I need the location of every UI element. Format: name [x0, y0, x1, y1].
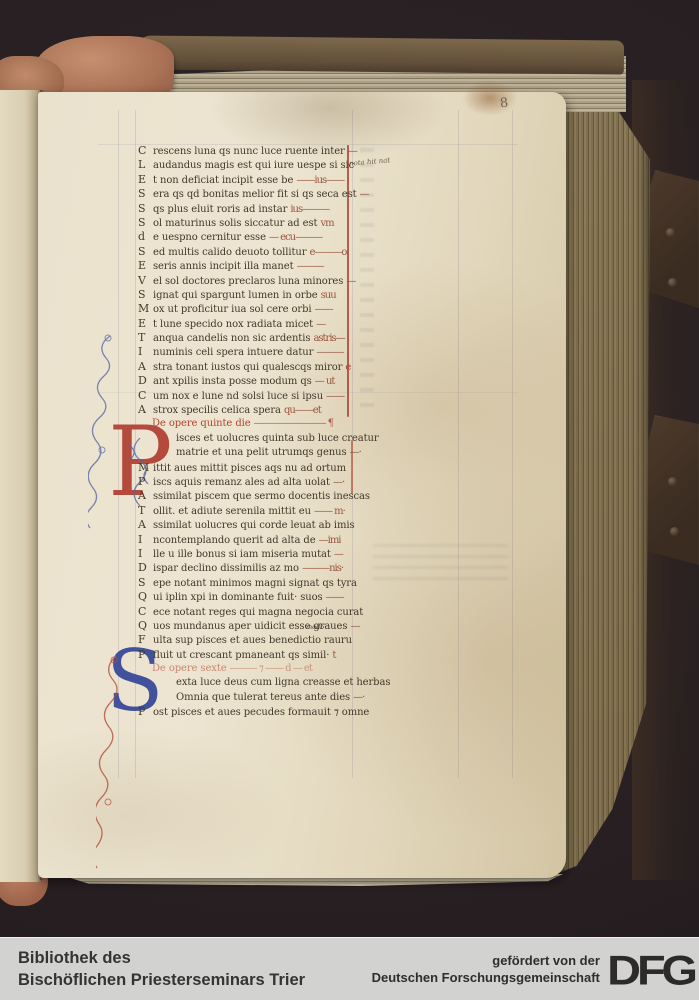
line-text: ignat qui spargunt lumen in orbe [153, 290, 321, 301]
line-text: seris annis incipit illa manet [153, 261, 297, 272]
manuscript-line: Dispar declino dissimilis az mo ———nis· [138, 561, 360, 575]
line-filler: — [316, 319, 325, 330]
line-text: Omnia que tulerat tereus ante dies [176, 692, 353, 703]
line-filler: suu [321, 290, 336, 301]
manuscript-line: Sed multis calido deuoto tollitur e———o [138, 245, 360, 259]
rubric-filler: ——— ⁊ —— d — et [230, 663, 312, 674]
line-text: exta luce deus cum ligna creasse et herb… [176, 677, 390, 688]
line-initial: S [138, 245, 153, 259]
manuscript-line: Sera qs qd bonitas melior fit si qs seca… [138, 187, 360, 201]
line-initial: E [138, 173, 153, 187]
manuscript-line: Piscs aquis remanz ales ad alta uolat —· [138, 475, 360, 489]
library-name: Bibliothek des Bischöflichen Priestersem… [18, 948, 305, 990]
line-filler: astris— [313, 333, 344, 344]
line-filler: — [350, 621, 359, 632]
manuscript-line: Fulta sup pisces et aues benedictio raur… [138, 633, 360, 647]
line-initial: P [138, 648, 153, 662]
manuscript-page: 8 nota hit nat modo P S Crescens luna qs… [38, 92, 566, 878]
line-filler: — [334, 549, 343, 560]
line-text: el sol doctores preclaros luna minores [153, 276, 346, 287]
digitization-banner: Bibliothek des Bischöflichen Priestersem… [0, 937, 699, 1000]
line-filler: — ecu——— [269, 232, 322, 243]
rubric-text: De opere quinte die [152, 418, 254, 429]
ruling-line [458, 110, 459, 778]
line-initial: A [138, 489, 153, 503]
line-initial: d [138, 230, 153, 244]
line-initial: A [138, 518, 153, 532]
line-text: ssimilat piscem que sermo docentis inesc… [153, 491, 370, 502]
line-text: uos mundanus aper uidicit esse graues [153, 621, 350, 632]
manuscript-line: Et non deficiat incipit esse be ——ius—— [138, 173, 360, 187]
manuscript-line: Incontemplando querit ad alta de —imi [138, 533, 360, 547]
line-text: ollit. et adiute serenila mittit eu [153, 506, 314, 517]
line-filler: e———o [309, 247, 346, 258]
manuscript-line: matrie et una pelit utrumqs genus —· [138, 446, 360, 460]
clasp-rivet [666, 228, 675, 237]
line-initial: I [138, 533, 153, 547]
line-filler: t [332, 650, 335, 661]
line-filler: — ut [315, 376, 335, 387]
manuscript-line: Et lune specido nox radiata micet — [138, 317, 360, 331]
line-initial: S [138, 202, 153, 216]
manuscript-line: Pfluit ut crescant pmaneant qs simil· t [138, 648, 360, 662]
manuscript-line: Cum nox e lune nd solsi luce si ipsu —— [138, 389, 360, 403]
line-text: rescens luna qs nunc luce ruente inter [153, 146, 348, 157]
digitized-manuscript-photo: 8 nota hit nat modo P S Crescens luna qs… [0, 0, 699, 1000]
line-text: strox specilis celica spera [153, 405, 284, 416]
line-filler: —— [326, 391, 344, 402]
manuscript-line: Astra tonant iustos qui qualescqs miror … [138, 360, 360, 374]
line-initial: C [138, 605, 153, 619]
line-initial: D [138, 374, 153, 388]
manuscript-line: Mox ut proficitur iua sol cere orbi —— [138, 302, 360, 316]
library-name-line1: Bibliothek des [18, 948, 305, 969]
line-filler: qu——et [284, 405, 321, 416]
clasp-rivet [668, 477, 677, 486]
line-initial: D [138, 561, 153, 575]
manuscript-line: Qui iplin xpi in dominante fuit· suos —— [138, 590, 360, 604]
line-initial: I [138, 547, 153, 561]
manuscript-line: Vel sol doctores preclaros luna minores … [138, 274, 360, 288]
manuscript-line: Eseris annis incipit illa manet ——— [138, 259, 360, 273]
manuscript-line: Mittit aues mittit pisces aqs nu ad ortu… [138, 461, 360, 475]
line-initial: C [138, 389, 153, 403]
line-text: ui iplin xpi in dominante fuit· suos [153, 592, 326, 603]
stain [462, 80, 518, 116]
manuscript-line: Ille u ille bonus si iam miseria mutat — [138, 547, 360, 561]
line-filler: —— [326, 592, 344, 603]
library-name-line2: Bischöflichen Priesterseminars Trier [18, 970, 305, 991]
line-filler: ius——— [290, 204, 329, 215]
line-text: ittit aues mittit pisces aqs nu ad ortum [153, 463, 346, 474]
manuscript-line: Signat qui spargunt lumen in orbe suu [138, 288, 360, 302]
line-initial: P [138, 705, 153, 719]
ruling-line [512, 110, 513, 778]
clasp-rivet [668, 278, 677, 287]
line-text: ox ut proficitur iua sol cere orbi [153, 304, 315, 315]
line-initial: Q [138, 590, 153, 604]
line-filler: —· [350, 447, 361, 458]
rubric-line: De opere quinte die ———————— ¶ [138, 417, 360, 431]
line-initial: S [138, 187, 153, 201]
line-text: ant xpilis insta posse modum qs [153, 376, 315, 387]
funding-credit: gefördert von der Deutschen Forschungsge… [372, 953, 600, 987]
line-initial: L [138, 158, 153, 172]
line-text: anqua candelis non sic ardentis [153, 333, 313, 344]
line-initial: A [138, 403, 153, 417]
previous-leaf [0, 90, 42, 882]
manuscript-line: Sepe notant minimos magni signat qs tyra [138, 576, 360, 590]
line-text: t lune specido nox radiata micet [153, 319, 316, 330]
manuscript-line: Laudandus magis est qui iure uespe si si… [138, 158, 360, 172]
line-filler: vm [321, 218, 334, 229]
line-text: iscs aquis remanz ales ad alta uolat [153, 477, 333, 488]
line-text: numinis celi spera intuere datur [153, 347, 316, 358]
manuscript-line: Astrox specilis celica spera qu——et [138, 403, 360, 417]
manuscript-line: Dant xpilis insta posse modum qs — ut [138, 374, 360, 388]
line-text: ncontemplando querit ad alta de [153, 535, 319, 546]
manuscript-line: Cece notant reges qui magna negocia cura… [138, 605, 360, 619]
clasp-strap-lower [642, 415, 699, 565]
line-initial: Q [138, 619, 153, 633]
top-edge-leather [138, 35, 624, 74]
manuscript-line: Assimilat uolucres qui corde leuat ab im… [138, 518, 360, 532]
line-initial: E [138, 317, 153, 331]
line-filler: — [348, 146, 357, 157]
line-initial: S [138, 216, 153, 230]
text-flow: Crescens luna qs nunc luce ruente inter … [138, 144, 360, 720]
manuscript-line: Sqs plus eluit roris ad instar ius——— [138, 202, 360, 216]
folio-number: 8 [499, 96, 509, 112]
manuscript-line: Post pisces et aues pecudes formauit ⁊ o… [138, 705, 360, 719]
line-initial: S [138, 288, 153, 302]
line-text: um nox e lune nd solsi luce si ipsu [153, 391, 326, 402]
line-filler: ———nis· [302, 563, 343, 574]
line-text: stra tonant iustos qui qualescqs miror [153, 362, 345, 373]
rubric-filler: ———————— ¶ [254, 418, 334, 429]
line-filler: ——ius—— [296, 175, 344, 186]
line-initial: T [138, 504, 153, 518]
clasp-rivet [670, 527, 679, 536]
dfg-logo: DFG [607, 945, 694, 994]
line-filler: —· [333, 477, 344, 488]
line-text: ed multis calido deuoto tollitur [153, 247, 309, 258]
line-filler: — [360, 189, 369, 200]
line-initial: I [138, 345, 153, 359]
line-text: matrie et una pelit utrumqs genus [176, 447, 350, 458]
manuscript-line: de uespno cernitur esse — ecu——— [138, 230, 360, 244]
manuscript-line: Sol maturinus solis siccatur ad est vm [138, 216, 360, 230]
line-text: audandus magis est qui iure uespe si sic [153, 160, 354, 171]
line-initial: M [138, 302, 153, 316]
line-filler: ——— [316, 347, 343, 358]
line-text: era qs qd bonitas melior fit si qs seca … [153, 189, 360, 200]
rubric-line: De opere sexte ——— ⁊ —— d — et [138, 662, 360, 676]
line-text: ispar declino dissimilis az mo [153, 563, 302, 574]
manuscript-line: Inuminis celi spera intuere datur ——— [138, 345, 360, 359]
line-text: t non deficiat incipit esse be [153, 175, 296, 186]
manuscript-line: Tanqua candelis non sic ardentis astris— [138, 331, 360, 345]
line-text: isces et uolucres quinta sub luce creatu… [176, 433, 379, 444]
line-filler: —— m· [314, 506, 345, 517]
line-text: epe notant minimos magni signat qs tyra [153, 578, 357, 589]
line-filler: —· [353, 692, 364, 703]
line-text: ece notant reges qui magna negocia curat [153, 607, 363, 618]
line-filler: —— [315, 304, 333, 315]
manuscript-line: Crescens luna qs nunc luce ruente inter … [138, 144, 360, 158]
line-text: qs plus eluit roris ad instar [153, 204, 290, 215]
ink-showthrough-column [360, 148, 374, 408]
line-initial: P [138, 475, 153, 489]
funding-line1: gefördert von der [372, 953, 600, 970]
line-text: ost pisces et aues pecudes formauit ⁊ om… [153, 707, 369, 718]
line-filler: e [345, 362, 350, 373]
line-initial: T [138, 331, 153, 345]
funding-line2: Deutschen Forschungsgemeinschaft [372, 970, 600, 987]
manuscript-line: Tollit. et adiute serenila mittit eu —— … [138, 504, 360, 518]
line-initial: S [138, 576, 153, 590]
line-text: e uespno cernitur esse [153, 232, 269, 243]
line-initial: M [138, 461, 153, 475]
manuscript-line: Omnia que tulerat tereus ante dies —· [138, 691, 360, 705]
line-initial: F [138, 633, 153, 647]
manuscript-line: Quos mundanus aper uidicit esse graues — [138, 619, 360, 633]
line-initial: C [138, 144, 153, 158]
manuscript-line: Assimilat piscem que sermo docentis ines… [138, 489, 360, 503]
line-initial: A [138, 360, 153, 374]
manuscript-line: exta luce deus cum ligna creasse et herb… [138, 676, 360, 690]
line-text: lle u ille bonus si iam miseria mutat [153, 549, 334, 560]
line-text: ssimilat uolucres qui corde leuat ab imi… [153, 520, 355, 531]
line-text: ol maturinus solis siccatur ad est [153, 218, 321, 229]
line-text: ulta sup pisces et aues benedictio rauru [153, 635, 352, 646]
ink-showthrough [373, 540, 508, 580]
line-filler: ——— [297, 261, 324, 272]
manuscript-line: isces et uolucres quinta sub luce creatu… [138, 432, 360, 446]
rubric-text: De opere sexte [152, 663, 230, 674]
line-initial: E [138, 259, 153, 273]
line-text: fluit ut crescant pmaneant qs simil· [153, 650, 332, 661]
line-filler: — [346, 276, 355, 287]
line-filler: —imi [319, 535, 341, 546]
line-initial: V [138, 274, 153, 288]
